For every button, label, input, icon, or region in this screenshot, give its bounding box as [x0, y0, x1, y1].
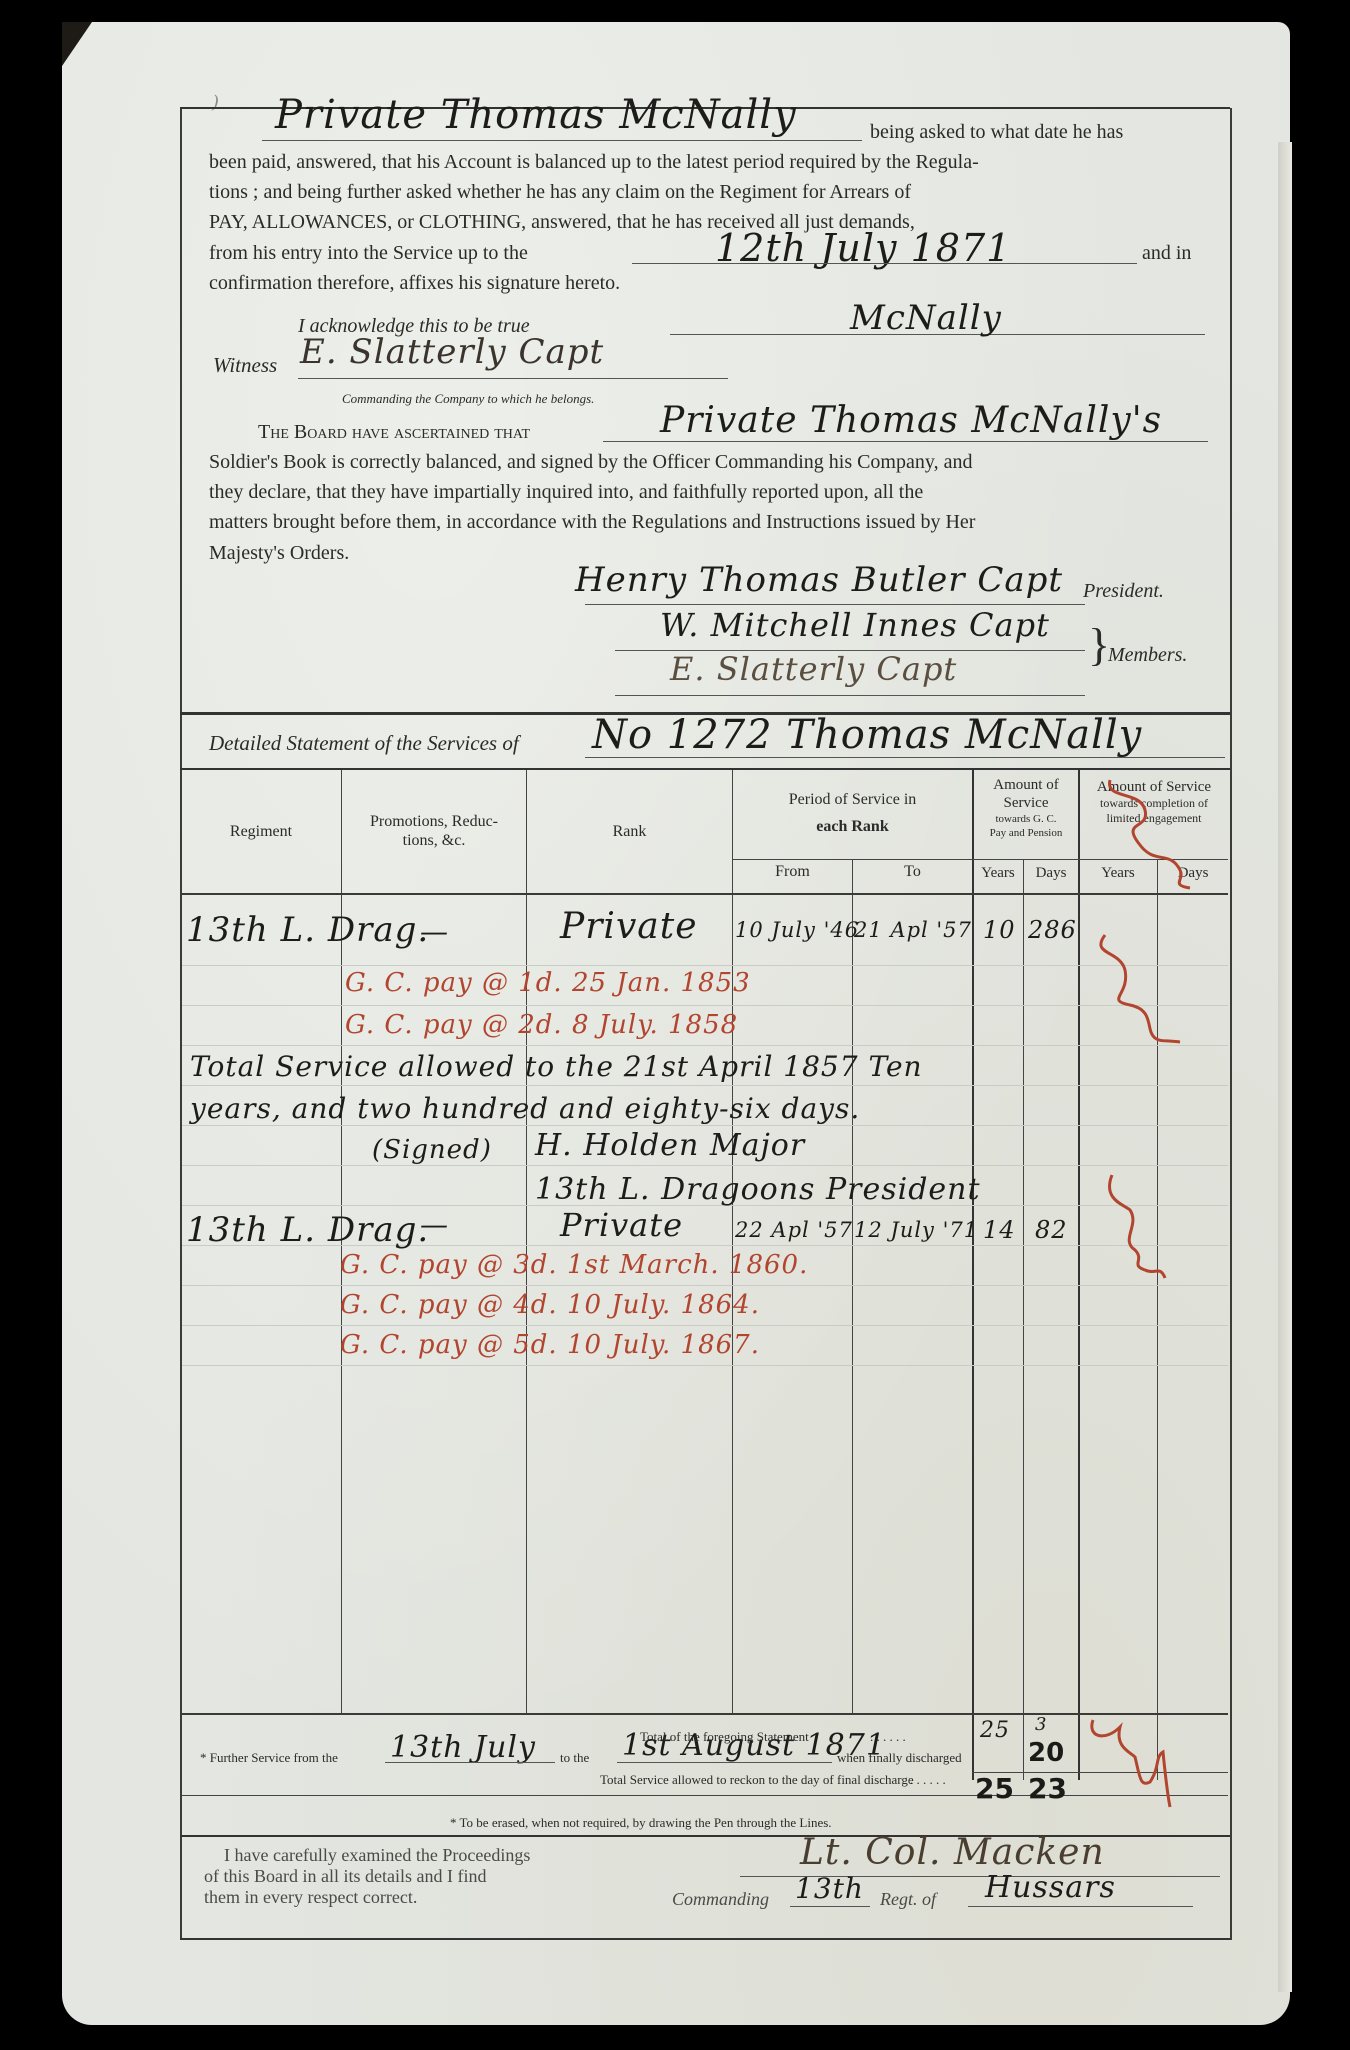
ledger-line	[182, 1125, 1228, 1126]
commanding-label: Commanding	[672, 1885, 769, 1914]
further-days: 20	[1028, 1738, 1064, 1768]
foregoing-days: 3	[1035, 1714, 1047, 1735]
ledger-line	[182, 1165, 1228, 1166]
ledger-line	[182, 1045, 1228, 1046]
certification-line: years, and two hundred and eighty-six da…	[190, 1092, 860, 1125]
regiment-number-line	[790, 1906, 870, 1907]
examined-l2: of this Board in all its details and I f…	[204, 1866, 486, 1887]
row1-promotions: —	[420, 915, 449, 948]
col-regiment: Regiment	[182, 822, 340, 841]
cert-signed: (Signed)	[372, 1135, 492, 1165]
commanding-signature: Lt. Col. Macken	[800, 1832, 1105, 1873]
row2-years: 14	[983, 1216, 1016, 1244]
col-promotions-l2: tions, &c.	[342, 831, 526, 850]
date-blank	[632, 263, 1137, 264]
red-cancel-mark	[1100, 1170, 1200, 1280]
col-gc-years: Years	[973, 864, 1023, 883]
cert-name: H. Holden Major	[535, 1128, 805, 1163]
col-divider	[1023, 860, 1024, 1780]
ledger-line	[182, 1365, 1228, 1366]
table-top-rule	[180, 768, 1230, 770]
col-period-l2: each Rank	[733, 813, 972, 840]
col-gc-service: Amount of Service towards G. C. Pay and …	[974, 776, 1078, 840]
members-brace: }	[1088, 620, 1110, 670]
statement-title: Detailed Statement of the Services of	[209, 729, 519, 758]
col-gc-l4: Pay and Pension	[974, 826, 1078, 840]
col-period-l1: Period of Service in	[733, 786, 972, 813]
certification-line: Total Service allowed to the 21st April …	[190, 1050, 923, 1083]
further-service-label: * Further Service from the	[200, 1743, 338, 1772]
ledger-line	[182, 1085, 1228, 1086]
paragraph-line5-start: from his entry into the Service up to th…	[209, 239, 528, 268]
bottom-rule	[180, 1938, 1230, 1940]
col-gc-l2: Service	[974, 794, 1078, 812]
regt-of-label: Regt. of	[880, 1885, 936, 1914]
president-signature: Henry Thomas Butler Capt	[575, 560, 1063, 600]
member2-signature: E. Slatterly Capt	[670, 650, 957, 688]
board-line4: matters brought before them, in accordan…	[209, 508, 975, 537]
ledger-line	[182, 1325, 1228, 1326]
president-label: President.	[1083, 577, 1164, 606]
soldier-name-handwritten: Private Thomas McNally	[275, 92, 797, 138]
witness-caption: Commanding the Company to which he belon…	[342, 384, 594, 413]
board-name-line	[603, 441, 1208, 442]
row1-to: 21 Apl '57	[854, 918, 972, 942]
col-gc-days: Days	[1024, 864, 1078, 883]
paragraph-line3: tions ; and being further asked whether …	[209, 178, 911, 207]
ledger-line	[182, 1285, 1228, 1286]
cert-role: 13th L. Dragoons President	[535, 1172, 981, 1207]
col-divider	[972, 770, 974, 1780]
col-to: To	[853, 862, 972, 881]
statement-subject-line	[585, 757, 1225, 758]
row2-days: 82	[1035, 1216, 1068, 1244]
paragraph-line1-end: being asked to what date he has	[870, 118, 1123, 147]
regiment-type: Hussars	[985, 1870, 1116, 1905]
foregoing-label: Total of the foregoing Statement	[640, 1722, 809, 1751]
header-bottom-rule	[182, 893, 1228, 895]
row1-rank: Private	[560, 906, 698, 947]
paragraph-line5-end: and in	[1142, 239, 1191, 268]
row1-from: 10 July '46	[735, 918, 859, 942]
foregoing-years: 25	[980, 1718, 1010, 1743]
col-gc-l3: towards G. C.	[974, 812, 1078, 826]
to-the-label: to the	[560, 1743, 589, 1772]
witness-label: Witness	[213, 351, 277, 380]
total-years: 25	[975, 1772, 1014, 1805]
name-blank	[262, 140, 862, 141]
row1-regiment: 13th L. Drag.	[186, 910, 429, 950]
regiment-type-line	[968, 1906, 1193, 1907]
row2-regiment: 13th L. Drag.	[186, 1210, 429, 1250]
total-allowed-label: Total Service allowed to reckon to the d…	[600, 1765, 914, 1794]
examined-l1: I have carefully examined the Proceeding…	[224, 1845, 530, 1866]
total-allowed-dots: . . . . . .	[910, 1765, 946, 1794]
col-divider	[1078, 770, 1080, 1780]
row1-years: 10	[983, 916, 1016, 944]
statement-subject: No 1272 Thomas McNally	[592, 712, 1142, 758]
further-from-line	[385, 1762, 555, 1763]
col-promotions: Promotions, Reduc- tions, &c.	[342, 812, 526, 850]
soldier-signature: McNally	[850, 298, 1002, 338]
board-line3: they declare, that they have impartially…	[209, 478, 923, 507]
ledger-line	[182, 965, 1228, 966]
further-from: 13th July	[390, 1730, 536, 1765]
col-gc-l1: Amount of	[974, 776, 1078, 794]
witness-line	[298, 378, 728, 379]
total-days: 23	[1028, 1772, 1067, 1805]
totals-top-rule	[182, 1713, 1228, 1715]
col-divider	[852, 860, 853, 1713]
col-period: Period of Service in each Rank	[733, 786, 972, 840]
red-note: G. C. pay @ 1d. 25 Jan. 1853	[345, 968, 751, 998]
ledger-line	[182, 1005, 1228, 1006]
red-note: G. C. pay @ 2d. 8 July. 1858	[345, 1010, 738, 1040]
red-note: G. C. pay @ 4d. 10 July. 1864.	[340, 1290, 760, 1320]
foregoing-dots: . . . . . .	[870, 1722, 906, 1751]
red-note: G. C. pay @ 3d. 1st March. 1860.	[340, 1250, 808, 1280]
examined-l3: them in every respect correct.	[204, 1887, 417, 1908]
col-divider	[526, 770, 527, 1713]
row2-promotions: —	[420, 1208, 449, 1241]
red-cancel-mark	[1085, 930, 1185, 1050]
board-soldier-name: Private Thomas McNally's	[660, 400, 1162, 441]
members-label: Members.	[1108, 641, 1187, 670]
paragraph-line2: been paid, answered, that his Account is…	[209, 148, 979, 177]
col-divider	[732, 770, 733, 1713]
board-line5: Majesty's Orders.	[209, 539, 349, 568]
paragraph-line6: confirmation therefore, affixes his sign…	[209, 269, 620, 298]
row1-days: 286	[1028, 916, 1077, 944]
board-line2: Soldier's Book is correctly balanced, an…	[209, 448, 972, 477]
col-promotions-l1: Promotions, Reduc-	[342, 812, 526, 831]
erase-note: * To be erased, when not required, by dr…	[450, 1808, 832, 1837]
regiment-number: 13th	[795, 1872, 864, 1905]
torn-corner	[62, 22, 92, 66]
board-line1-start: The Board have ascertained that	[258, 418, 530, 447]
member1-signature: W. Mitchell Innes Capt	[660, 606, 1050, 644]
member2-line	[615, 695, 1085, 696]
board-line1-text: The Board have ascertained that	[258, 421, 530, 443]
row2-from: 22 Apl '57	[735, 1218, 853, 1242]
president-line	[585, 604, 1085, 605]
col-rank: Rank	[527, 822, 732, 841]
row2-rank: Private	[560, 1206, 683, 1244]
red-cancel-mark	[1085, 1712, 1205, 1812]
red-cancel-mark	[1100, 770, 1200, 890]
page-edge	[1278, 142, 1292, 1992]
witness-signature: E. Slatterly Capt	[300, 332, 604, 372]
row2-to: 12 July '71	[854, 1218, 978, 1242]
col-from: From	[733, 862, 852, 881]
further-to-line	[617, 1762, 832, 1763]
totals-bottom-rule	[182, 1795, 1228, 1796]
red-note: G. C. pay @ 5d. 10 July. 1867.	[340, 1330, 760, 1360]
